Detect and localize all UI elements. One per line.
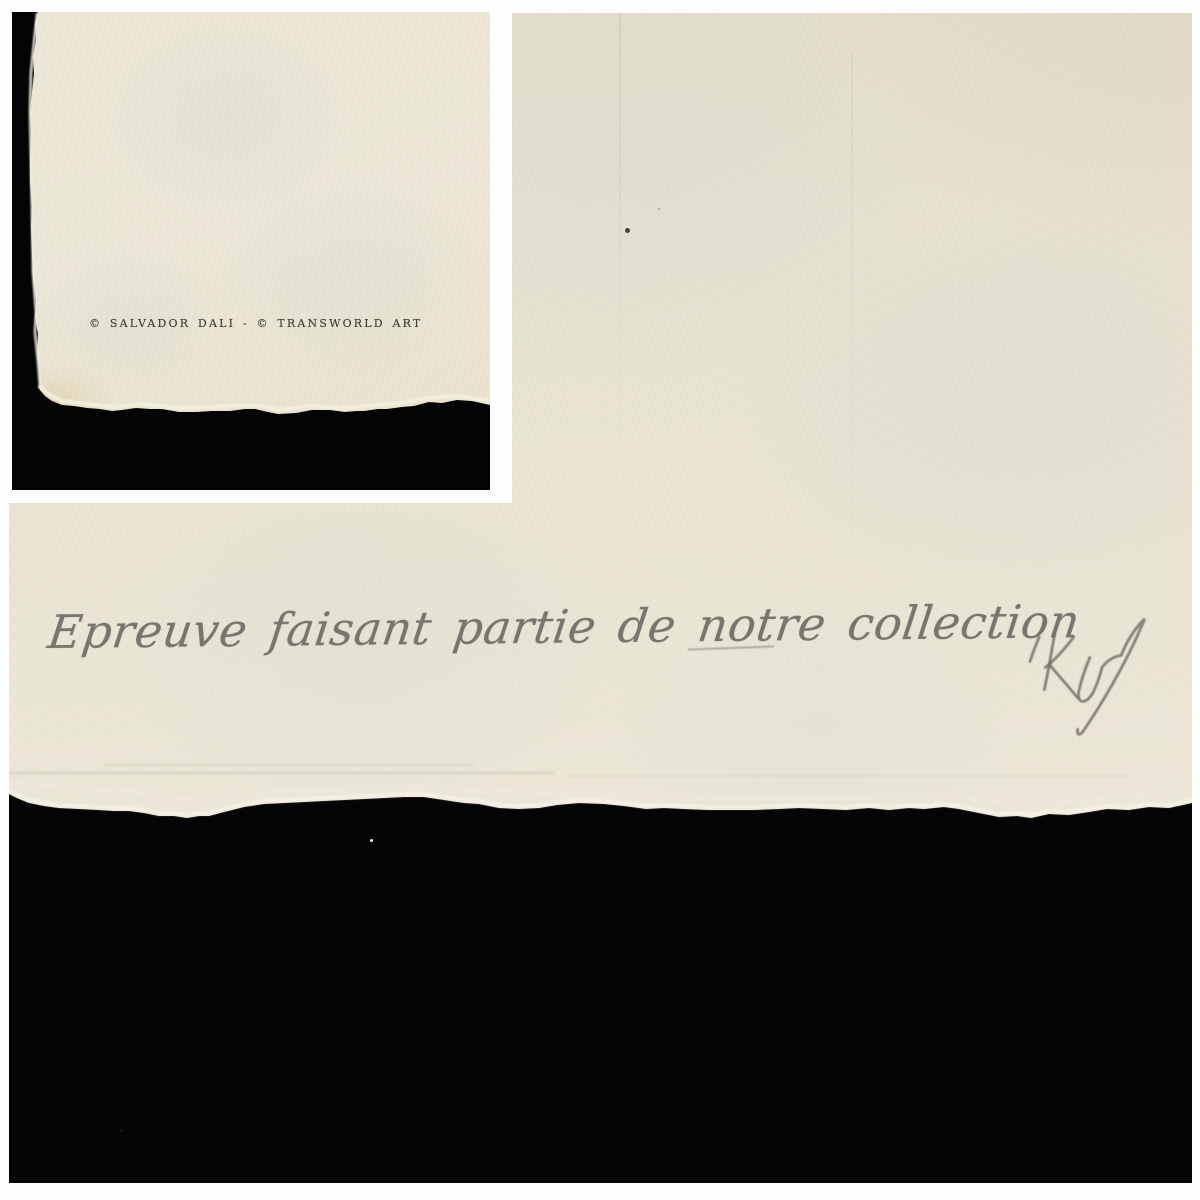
paper-crease xyxy=(851,53,853,573)
paper-speck xyxy=(625,228,630,233)
copyright-credit-line: © SALVADOR DALI - © TRANSWORLD ART xyxy=(89,317,422,330)
pencil-inscription: Epreuve faisant partie de notre collecti… xyxy=(45,594,1063,659)
paper-crease xyxy=(619,13,621,443)
inset-paper-corner xyxy=(12,12,490,490)
dust-speck xyxy=(120,1129,123,1132)
photo-collage: Epreuve faisant partie de notre collecti… xyxy=(0,0,1200,1200)
inset-frame: © SALVADOR DALI - © TRANSWORLD ART xyxy=(0,0,512,503)
edge-fibre-line xyxy=(104,764,474,766)
edge-fibre-line xyxy=(569,775,1129,777)
paper-speck xyxy=(658,208,660,210)
collector-paraph xyxy=(1023,608,1175,736)
dust-speck xyxy=(370,839,373,842)
inset-detail-photo: © SALVADOR DALI - © TRANSWORLD ART xyxy=(12,12,490,490)
edge-fibre-line xyxy=(9,772,554,774)
